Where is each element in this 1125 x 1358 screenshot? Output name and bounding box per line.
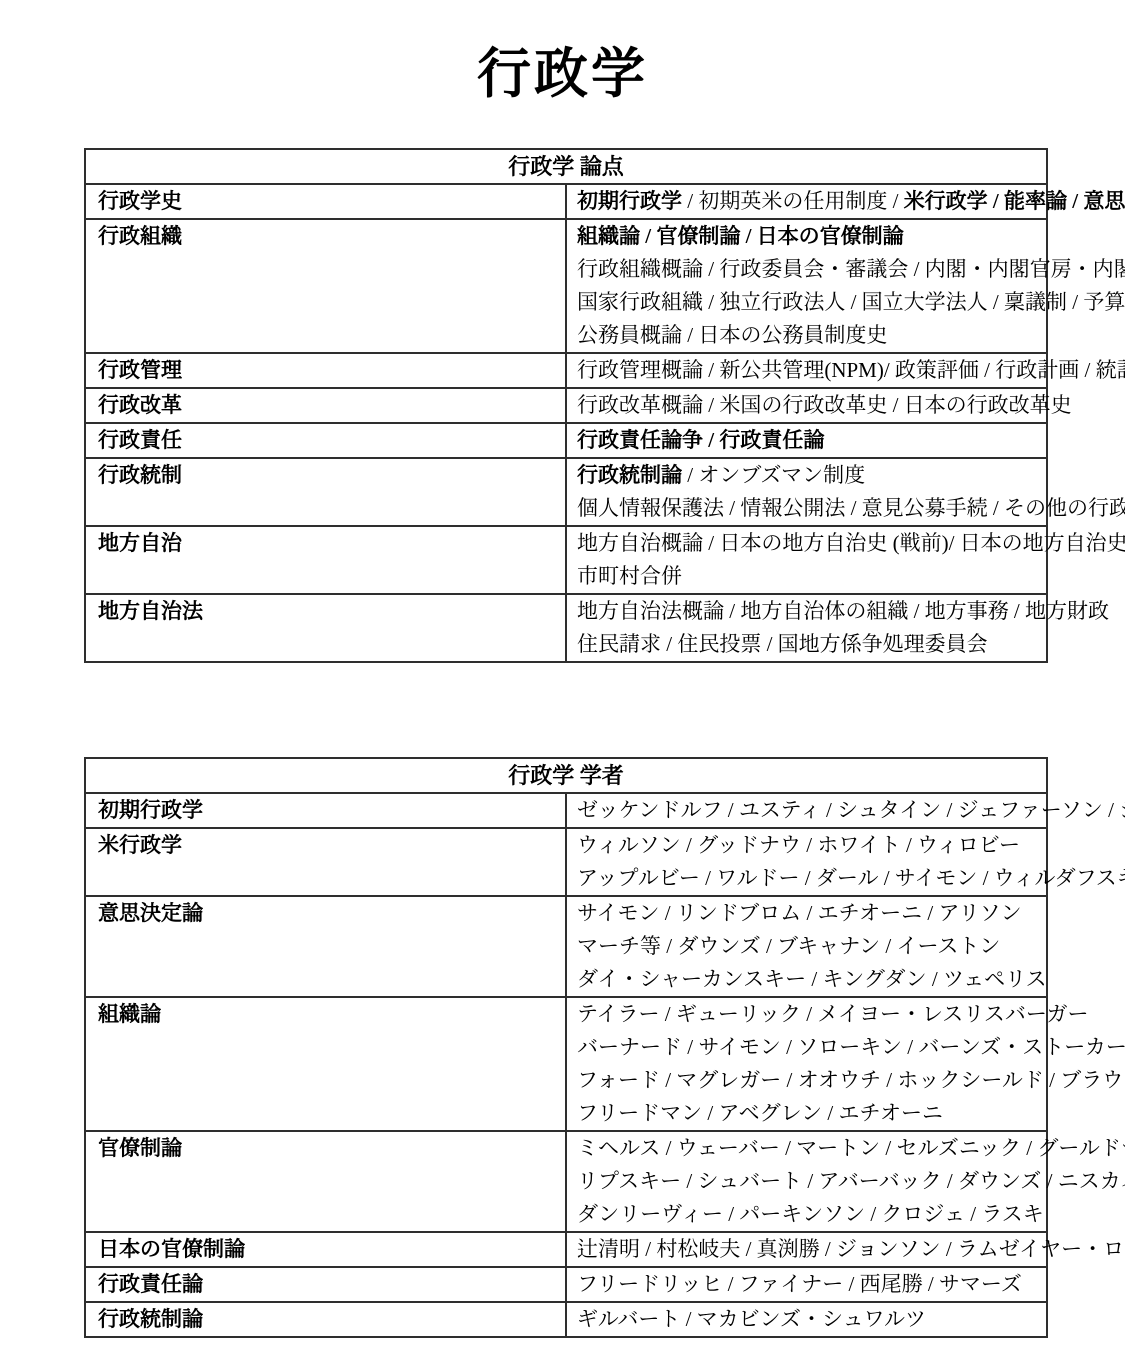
table-row: 米行政学ウィルソン / グッドナウ / ホワイト / ウィロビーアップルビー /… — [85, 828, 1047, 896]
text-segment: / — [887, 189, 903, 213]
topics-table: 行政学 論点 行政学史初期行政学 / 初期英米の任用制度 / 米行政学 / 能率… — [84, 148, 1048, 663]
row-content: テイラー / ギューリック / メイヨー・レスリスバーガーバーナード / サイモ… — [566, 997, 1047, 1131]
bold-text-segment: 行政責任論争 / 行政責任論 — [577, 428, 824, 452]
table-row: 日本の官僚制論辻清明 / 村松岐夫 / 真渕勝 / ジョンソン / ラムゼイヤー… — [85, 1232, 1047, 1267]
text-segment: フリードマン / アベグレン / エチオーニ — [577, 1101, 943, 1125]
table-row: 行政責任行政責任論争 / 行政責任論 — [85, 423, 1047, 458]
row-content: ウィルソン / グッドナウ / ホワイト / ウィロビーアップルビー / ワルド… — [566, 828, 1047, 896]
row-content: 辻清明 / 村松岐夫 / 真渕勝 / ジョンソン / ラムゼイヤー・ローゼンブル… — [566, 1232, 1047, 1267]
content-line: サイモン / リンドブロム / エチオーニ / アリソン — [577, 897, 1040, 930]
text-segment: リプスキー / シュバート / アバーバック / ダウンズ / ニスカネン — [577, 1169, 1125, 1193]
row-label: 組織論 — [85, 997, 566, 1131]
text-segment: マーチ等 / ダウンズ / ブキャナン / イーストン — [577, 934, 1000, 958]
text-segment: 行政管理概論 / 新公共管理(NPM)/ 政策評価 / 行政計画 / 統計 — [577, 358, 1125, 382]
text-segment: バーナード / サイモン / ソローキン / バーンズ・ストーカー — [577, 1035, 1125, 1059]
scholars-table: 行政学 学者 初期行政学ゼッケンドルフ / ユスティ / シュタイン / ジェフ… — [84, 757, 1048, 1338]
content-line: 市町村合併 — [577, 560, 1040, 593]
row-label: 日本の官僚制論 — [85, 1232, 566, 1267]
row-label: 行政責任 — [85, 423, 566, 458]
content-line: ダイ・シャーカンスキー / キングダン / ツェペリス — [577, 963, 1040, 996]
bold-text-segment: 初期行政学 — [577, 189, 682, 213]
table-row: 行政責任論フリードリッヒ / ファイナー / 西尾勝 / サマーズ — [85, 1267, 1047, 1302]
topics-table-body: 行政学史初期行政学 / 初期英米の任用制度 / 米行政学 / 能率論 / 意思決… — [85, 184, 1047, 662]
page-title: 行政学 — [0, 0, 1125, 110]
row-label: 地方自治 — [85, 526, 566, 594]
content-line: 地方自治法概論 / 地方自治体の組織 / 地方事務 / 地方財政 — [577, 595, 1040, 628]
text-segment: ダンリーヴィー / パーキンソン / クロジェ / ラスキ — [577, 1202, 1044, 1226]
text-segment: 地方自治概論 / 日本の地方自治史 (戦前)/ 日本の地方自治史 (戦後) — [577, 531, 1125, 555]
content-line: ウィルソン / グッドナウ / ホワイト / ウィロビー — [577, 829, 1040, 862]
content-line: ゼッケンドルフ / ユスティ / シュタイン / ジェファーソン / ジャクソン — [577, 794, 1040, 827]
table-row: 組織論テイラー / ギューリック / メイヨー・レスリスバーガーバーナード / … — [85, 997, 1047, 1131]
text-segment: フォード / マグレガー / オオウチ / ホックシールド / ブラウナー — [577, 1068, 1125, 1092]
bold-text-segment: 米行政学 / 能率論 / 意思決定論 — [904, 189, 1125, 213]
content-line: 初期行政学 / 初期英米の任用制度 / 米行政学 / 能率論 / 意思決定論 — [577, 185, 1040, 218]
text-segment: フリードリッヒ / ファイナー / 西尾勝 / サマーズ — [577, 1272, 1022, 1296]
content-line: バーナード / サイモン / ソローキン / バーンズ・ストーカー — [577, 1031, 1040, 1064]
text-segment: 辻清明 / 村松岐夫 / 真渕勝 / ジョンソン / ラムゼイヤー・ローゼンブル… — [577, 1237, 1125, 1261]
bold-text-segment: 行政統制論 — [577, 463, 682, 487]
text-segment: 公務員概論 / 日本の公務員制度史 — [577, 323, 887, 347]
table-title: 行政学 論点 — [85, 149, 1047, 184]
content-line: 行政統制論 / オンブズマン制度 — [577, 459, 1040, 492]
content-line: フォード / マグレガー / オオウチ / ホックシールド / ブラウナー — [577, 1064, 1040, 1097]
table-row: 初期行政学ゼッケンドルフ / ユスティ / シュタイン / ジェファーソン / … — [85, 793, 1047, 828]
content-line: 行政組織概論 / 行政委員会・審議会 / 内閣・内閣官房・内閣府 — [577, 253, 1040, 286]
text-segment: アップルビー / ワルドー / ダール / サイモン / ウィルダフスキー — [577, 866, 1125, 890]
content-line: 行政管理概論 / 新公共管理(NPM)/ 政策評価 / 行政計画 / 統計 — [577, 354, 1040, 387]
table-row: 地方自治地方自治概論 / 日本の地方自治史 (戦前)/ 日本の地方自治史 (戦後… — [85, 526, 1047, 594]
row-content: 行政管理概論 / 新公共管理(NPM)/ 政策評価 / 行政計画 / 統計 — [566, 353, 1047, 388]
row-label: 地方自治法 — [85, 594, 566, 662]
table-title: 行政学 学者 — [85, 758, 1047, 793]
row-content: 組織論 / 官僚制論 / 日本の官僚制論行政組織概論 / 行政委員会・審議会 /… — [566, 219, 1047, 353]
row-label: 行政組織 — [85, 219, 566, 353]
content-line: ギルバート / マカビンズ・シュワルツ — [577, 1303, 1040, 1336]
content-line: アップルビー / ワルドー / ダール / サイモン / ウィルダフスキー — [577, 862, 1040, 895]
row-label: 行政統制 — [85, 458, 566, 526]
content-line: 公務員概論 / 日本の公務員制度史 — [577, 319, 1040, 352]
row-content: 行政改革概論 / 米国の行政改革史 / 日本の行政改革史 — [566, 388, 1047, 423]
row-label: 官僚制論 — [85, 1131, 566, 1232]
table-row: 行政統制論ギルバート / マカビンズ・シュワルツ — [85, 1302, 1047, 1337]
table-row: 行政管理行政管理概論 / 新公共管理(NPM)/ 政策評価 / 行政計画 / 統… — [85, 353, 1047, 388]
table-row: 行政組織組織論 / 官僚制論 / 日本の官僚制論行政組織概論 / 行政委員会・審… — [85, 219, 1047, 353]
content-line: 国家行政組織 / 独立行政法人 / 国立大学法人 / 稟議制 / 予算 / 会計… — [577, 286, 1040, 319]
table-header-row: 行政学 学者 — [85, 758, 1047, 793]
content-line: 行政改革概論 / 米国の行政改革史 / 日本の行政改革史 — [577, 389, 1040, 422]
row-label: 行政管理 — [85, 353, 566, 388]
row-content: 地方自治法概論 / 地方自治体の組織 / 地方事務 / 地方財政住民請求 / 住… — [566, 594, 1047, 662]
row-label: 初期行政学 — [85, 793, 566, 828]
content-line: 個人情報保護法 / 情報公開法 / 意見公募手続 / その他の行政統制手段 — [577, 492, 1040, 525]
content-line: フリードマン / アベグレン / エチオーニ — [577, 1097, 1040, 1130]
row-content: 行政責任論争 / 行政責任論 — [566, 423, 1047, 458]
text-segment: / オンブズマン制度 — [682, 463, 865, 487]
row-content: 地方自治概論 / 日本の地方自治史 (戦前)/ 日本の地方自治史 (戦後)市町村… — [566, 526, 1047, 594]
text-segment: ダイ・シャーカンスキー / キングダン / ツェペリス — [577, 967, 1047, 991]
content-line: リプスキー / シュバート / アバーバック / ダウンズ / ニスカネン — [577, 1165, 1040, 1198]
content-line: フリードリッヒ / ファイナー / 西尾勝 / サマーズ — [577, 1268, 1040, 1301]
content-line: マーチ等 / ダウンズ / ブキャナン / イーストン — [577, 930, 1040, 963]
text-segment: 行政組織概論 / 行政委員会・審議会 / 内閣・内閣官房・内閣府 — [577, 257, 1125, 281]
document-page: 行政学 行政学 論点 行政学史初期行政学 / 初期英米の任用制度 / 米行政学 … — [0, 0, 1125, 1358]
row-label: 行政改革 — [85, 388, 566, 423]
row-content: ギルバート / マカビンズ・シュワルツ — [566, 1302, 1047, 1337]
bold-text-segment: 組織論 / 官僚制論 / 日本の官僚制論 — [577, 224, 904, 248]
text-segment: テイラー / ギューリック / メイヨー・レスリスバーガー — [577, 1002, 1088, 1026]
table-row: 行政改革行政改革概論 / 米国の行政改革史 / 日本の行政改革史 — [85, 388, 1047, 423]
content-line: 住民請求 / 住民投票 / 国地方係争処理委員会 — [577, 628, 1040, 661]
table-row: 地方自治法地方自治法概論 / 地方自治体の組織 / 地方事務 / 地方財政住民請… — [85, 594, 1047, 662]
row-label: 行政学史 — [85, 184, 566, 219]
text-segment: 市町村合併 — [577, 564, 682, 588]
table-row: 官僚制論ミヘルス / ウェーバー / マートン / セルズニック / グールドナ… — [85, 1131, 1047, 1232]
row-label: 行政統制論 — [85, 1302, 566, 1337]
text-segment: 初期英米の任用制度 — [698, 189, 887, 213]
table-row: 行政学史初期行政学 / 初期英米の任用制度 / 米行政学 / 能率論 / 意思決… — [85, 184, 1047, 219]
text-segment: / — [682, 189, 698, 213]
text-segment: 個人情報保護法 / 情報公開法 / 意見公募手続 / その他の行政統制手段 — [577, 496, 1125, 520]
text-segment: サイモン / リンドブロム / エチオーニ / アリソン — [577, 901, 1022, 925]
content-line: 地方自治概論 / 日本の地方自治史 (戦前)/ 日本の地方自治史 (戦後) — [577, 527, 1040, 560]
content-line: ダンリーヴィー / パーキンソン / クロジェ / ラスキ — [577, 1198, 1040, 1231]
table-row: 意思決定論サイモン / リンドブロム / エチオーニ / アリソンマーチ等 / … — [85, 896, 1047, 997]
row-content: ゼッケンドルフ / ユスティ / シュタイン / ジェファーソン / ジャクソン — [566, 793, 1047, 828]
row-label: 行政責任論 — [85, 1267, 566, 1302]
content-line: 辻清明 / 村松岐夫 / 真渕勝 / ジョンソン / ラムゼイヤー・ローゼンブル… — [577, 1233, 1040, 1266]
row-label: 意思決定論 — [85, 896, 566, 997]
content-line: 行政責任論争 / 行政責任論 — [577, 424, 1040, 457]
table-row: 行政統制行政統制論 / オンブズマン制度個人情報保護法 / 情報公開法 / 意見… — [85, 458, 1047, 526]
content-line: ミヘルス / ウェーバー / マートン / セルズニック / グールドナー — [577, 1132, 1040, 1165]
text-segment: ゼッケンドルフ / ユスティ / シュタイン / ジェファーソン / ジャクソン — [577, 798, 1125, 822]
row-content: ミヘルス / ウェーバー / マートン / セルズニック / グールドナーリプス… — [566, 1131, 1047, 1232]
content-line: テイラー / ギューリック / メイヨー・レスリスバーガー — [577, 998, 1040, 1031]
text-segment: ミヘルス / ウェーバー / マートン / セルズニック / グールドナー — [577, 1136, 1125, 1160]
text-segment: 行政改革概論 / 米国の行政改革史 / 日本の行政改革史 — [577, 393, 1072, 417]
table-header-row: 行政学 論点 — [85, 149, 1047, 184]
text-segment: ウィルソン / グッドナウ / ホワイト / ウィロビー — [577, 833, 1020, 857]
row-content: フリードリッヒ / ファイナー / 西尾勝 / サマーズ — [566, 1267, 1047, 1302]
row-content: サイモン / リンドブロム / エチオーニ / アリソンマーチ等 / ダウンズ … — [566, 896, 1047, 997]
text-segment: 地方自治法概論 / 地方自治体の組織 / 地方事務 / 地方財政 — [577, 599, 1109, 623]
row-label: 米行政学 — [85, 828, 566, 896]
row-content: 行政統制論 / オンブズマン制度個人情報保護法 / 情報公開法 / 意見公募手続… — [566, 458, 1047, 526]
text-segment: 住民請求 / 住民投票 / 国地方係争処理委員会 — [577, 632, 988, 656]
row-content: 初期行政学 / 初期英米の任用制度 / 米行政学 / 能率論 / 意思決定論 — [566, 184, 1047, 219]
text-segment: ギルバート / マカビンズ・シュワルツ — [577, 1307, 926, 1331]
scholars-table-body: 初期行政学ゼッケンドルフ / ユスティ / シュタイン / ジェファーソン / … — [85, 793, 1047, 1337]
text-segment: 国家行政組織 / 独立行政法人 / 国立大学法人 / 稟議制 / 予算 / 会計… — [577, 290, 1125, 314]
content-line: 組織論 / 官僚制論 / 日本の官僚制論 — [577, 220, 1040, 253]
